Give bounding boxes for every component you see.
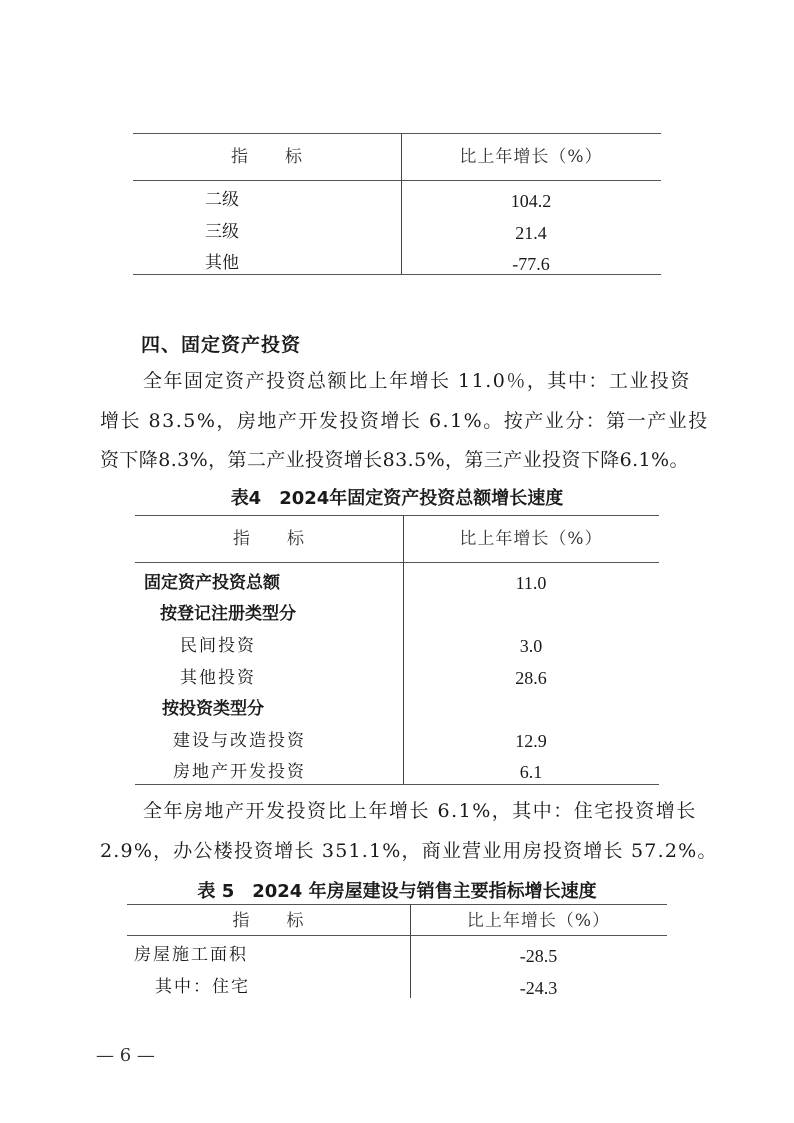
- table-row-value: 21.4: [401, 223, 661, 243]
- table-row-value: 28.6: [403, 668, 659, 688]
- column-header-indicator: 指 标: [133, 147, 401, 167]
- table-row-label: 建设与改造投资: [173, 731, 306, 751]
- table-row-label: 其他: [205, 253, 239, 273]
- paragraph-line: 资下降8.3%，第二产业投资增长83.5%，第三产业投资下降6.1%。: [100, 449, 689, 471]
- table-row-value: -28.5: [410, 946, 667, 966]
- column-header-growth: 比上年增长（%）: [401, 147, 661, 167]
- table-row-value: 104.2: [401, 191, 661, 211]
- table-row-label: 其他投资: [180, 668, 256, 688]
- table-row-label: 民间投资: [180, 636, 256, 656]
- table-top-rule: [133, 133, 661, 134]
- column-header-indicator: 指 标: [127, 911, 410, 931]
- table-header-rule: [135, 562, 659, 563]
- table-header-rule: [127, 935, 667, 936]
- page-number: — 6 —: [96, 1045, 155, 1066]
- table-row-value: 11.0: [403, 573, 659, 593]
- column-header-indicator: 指 标: [135, 529, 403, 549]
- table-top-rule: [127, 904, 667, 905]
- table-row-label: 二级: [205, 190, 239, 210]
- table-row-label: 固定资产投资总额: [144, 573, 280, 593]
- column-header-growth: 比上年增长（%）: [403, 529, 659, 549]
- table-top-rule: [135, 515, 659, 516]
- table-caption: 表4 2024年固定资产投资总额增长速度: [135, 484, 659, 510]
- table-row-label: 三级: [205, 222, 239, 242]
- section-title: 四、固定资产投资: [141, 330, 301, 357]
- table-row-label: 房地产开发投资: [173, 762, 306, 782]
- table-row-value: 12.9: [403, 731, 659, 751]
- table-bottom-rule: [135, 784, 659, 785]
- table-bottom-rule: [133, 274, 661, 275]
- table-caption: 表 5 2024 年房屋建设与销售主要指标增长速度: [127, 877, 667, 903]
- table-row-value: 6.1: [403, 762, 659, 782]
- paragraph-line: 全年固定资产投资总额比上年增长 11.0％，其中：工业投资: [143, 370, 691, 392]
- table-row-label: 其中：住宅: [155, 977, 250, 997]
- table-header-rule: [133, 180, 661, 181]
- paragraph-line: 增长 83.5%，房地产开发投资增长 6.1%。按产业分：第一产业投: [100, 410, 709, 432]
- table-row-label: 按登记注册类型分: [160, 604, 296, 624]
- table-row-label: 房屋施工面积: [134, 945, 248, 965]
- table-row-label: 按投资类型分: [162, 699, 264, 719]
- paragraph-line: 全年房地产开发投资比上年增长 6.1%，其中：住宅投资增长: [143, 800, 697, 822]
- table-row-value: -77.6: [401, 254, 661, 274]
- table-row-value: 3.0: [403, 636, 659, 656]
- column-header-growth: 比上年增长（%）: [410, 911, 667, 931]
- paragraph-line: 2.9%，办公楼投资增长 351.1%，商业营业用房投资增长 57.2%。: [100, 840, 718, 862]
- table-row-value: -24.3: [410, 978, 667, 998]
